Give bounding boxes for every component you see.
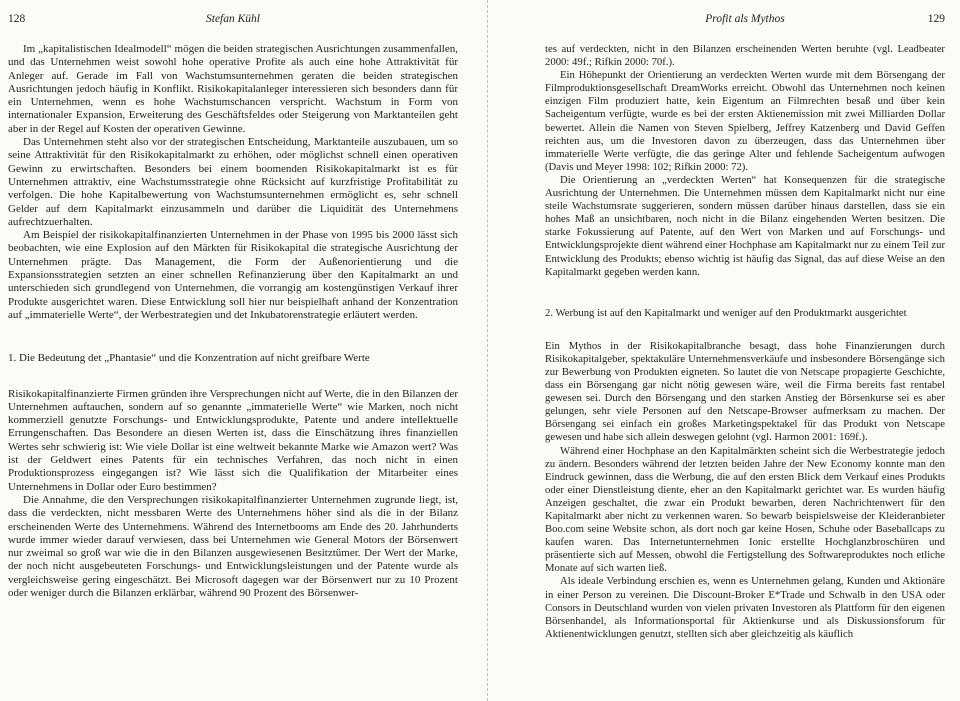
right-page-header: Profit als Mythos 129 [545,12,945,27]
left-running-header: Stefan Kühl [8,12,458,27]
book-spread: 128 Stefan Kühl Im „kapitalistischen Ide… [0,0,960,701]
paragraph: Während einer Hochphase an den Kapitalmä… [545,445,945,576]
left-page-header: 128 Stefan Kühl [8,12,458,27]
paragraph: tes auf verdeckten, nicht in den Bilanze… [545,43,945,69]
paragraph: Die Annahme, die den Versprechungen risi… [8,494,458,600]
right-page: Profit als Mythos 129 tes auf verdeckten… [545,12,945,641]
paragraph: Ein Mythos in der Risikokapitalbranche b… [545,340,945,445]
paragraph: Risikokapitalfinanzierte Firmen gründen … [8,388,458,494]
left-page: 128 Stefan Kühl Im „kapitalistischen Ide… [8,12,458,600]
left-page-body: Im „kapitalistischen Idealmodell“ mögen … [8,43,458,600]
paragraph: Im „kapitalistischen Idealmodell“ mögen … [8,43,458,136]
right-page-number: 129 [928,12,945,27]
section-heading-1: 1. Die Bedeutung det „Phantasie“ und die… [8,352,458,365]
left-page-number: 128 [8,12,25,27]
paragraph: Als ideale Verbindung erschien es, wenn … [545,575,945,640]
paragraph: Das Unternehmen steht also vor der strat… [8,136,458,229]
paragraph: Ein Höhepunkt der Orientierung an verdec… [545,69,945,174]
binding-fold-line [487,0,488,701]
paragraph: Die Orientierung an „verdeckten Werten“ … [545,174,945,279]
right-page-body: tes auf verdeckten, nicht in den Bilanze… [545,43,945,641]
right-running-header: Profit als Mythos [545,12,945,27]
paragraph: Am Beispiel der risikokapitalfinanzierte… [8,229,458,322]
section-heading-2: 2. Werbung ist auf den Kapitalmarkt und … [545,307,945,320]
